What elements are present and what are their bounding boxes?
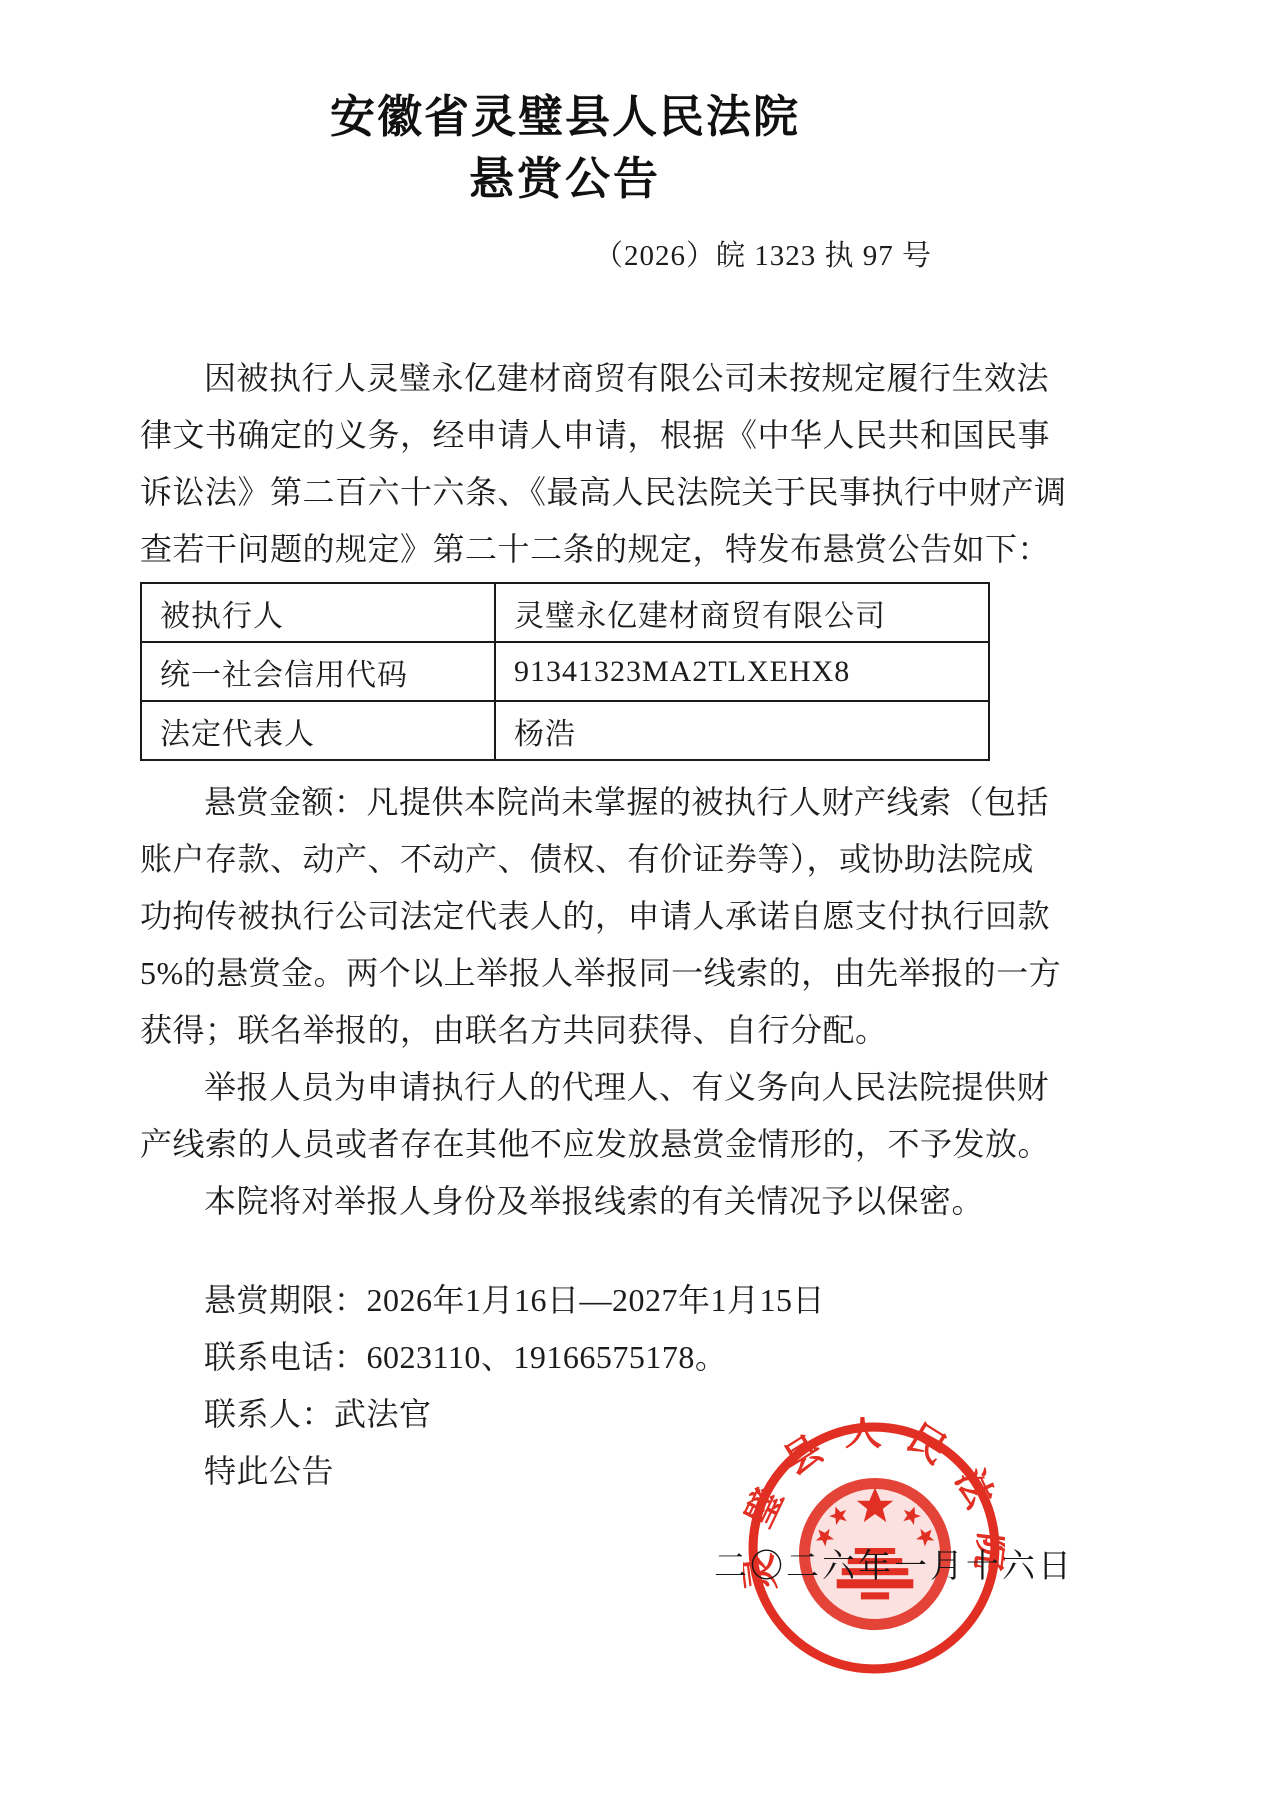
row-label: 被执行人	[141, 583, 495, 642]
reward-line: 悬赏金额：凡提供本院尚未掌握的被执行人财产线索（包括	[140, 774, 990, 831]
row-label: 统一社会信用代码	[141, 642, 495, 701]
intro-line: 诉讼法》第二百六十六条、《最高人民法院关于民事执行中财产调	[140, 464, 990, 521]
announcement-page: 安徽省灵璧县人民法院 悬赏公告 （2026）皖 1323 执 97 号 因被执行…	[0, 0, 1280, 1810]
intro-line: 因被执行人灵璧永亿建材商贸有限公司未按规定履行生效法	[140, 350, 990, 407]
reward-line: 获得；联名举报的，由联名方共同获得、自行分配。	[140, 1002, 990, 1059]
executee-info-table: 被执行人 灵璧永亿建材商贸有限公司 统一社会信用代码 91341323MA2TL…	[140, 582, 990, 761]
report-rules-line: 举报人员为申请执行人的代理人、有义务向人民法院提供财	[140, 1059, 990, 1116]
reward-line: 5%的悬赏金。两个以上举报人举报同一线索的，由先举报的一方	[140, 945, 990, 1002]
issue-date: 二〇二六年一月十六日	[714, 1540, 1074, 1587]
confidentiality-paragraph: 本院将对举报人身份及举报线索的有关情况予以保密。	[140, 1173, 990, 1230]
report-rules-paragraph: 举报人员为申请执行人的代理人、有义务向人民法院提供财 产线索的人员或者存在其他不…	[140, 1059, 990, 1173]
table-row: 被执行人 灵璧永亿建材商贸有限公司	[141, 583, 989, 642]
table-row: 法定代表人 杨浩	[141, 701, 989, 760]
confidentiality-line: 本院将对举报人身份及举报线索的有关情况予以保密。	[140, 1173, 990, 1230]
case-number: （2026）皖 1323 执 97 号	[140, 236, 990, 276]
table-row: 统一社会信用代码 91341323MA2TLXEHX8	[141, 642, 989, 701]
row-label: 法定代表人	[141, 701, 495, 760]
reward-line: 功拘传被执行公司法定代表人的，申请人承诺自愿支付执行回款	[140, 888, 990, 945]
intro-line: 查若干问题的规定》第二十二条的规定，特发布悬赏公告如下：	[140, 521, 990, 578]
row-value: 91341323MA2TLXEHX8	[495, 642, 989, 701]
court-name-title: 安徽省灵璧县人民法院	[140, 86, 990, 148]
contact-phone: 联系电话：6023110、19166575178。	[140, 1329, 990, 1386]
report-rules-line: 产线索的人员或者存在其他不应发放悬赏金情形的，不予发放。	[140, 1116, 990, 1173]
announcement-title: 悬赏公告	[140, 148, 990, 210]
reward-period: 悬赏期限：2026年1月16日—2027年1月15日	[140, 1272, 990, 1329]
row-value: 灵璧永亿建材商贸有限公司	[495, 583, 989, 642]
intro-paragraph: 因被执行人灵璧永亿建材商贸有限公司未按规定履行生效法 律文书确定的义务，经申请人…	[140, 350, 990, 578]
reward-line: 账户存款、动产、不动产、债权、有价证券等），或协助法院成	[140, 831, 990, 888]
document-content: 安徽省灵璧县人民法院 悬赏公告 （2026）皖 1323 执 97 号 因被执行…	[140, 0, 990, 1500]
row-value: 杨浩	[495, 701, 989, 760]
intro-line: 律文书确定的义务，经申请人申请，根据《中华人民共和国民事	[140, 407, 990, 464]
reward-paragraph: 悬赏金额：凡提供本院尚未掌握的被执行人财产线索（包括 账户存款、动产、不动产、债…	[140, 774, 990, 1059]
